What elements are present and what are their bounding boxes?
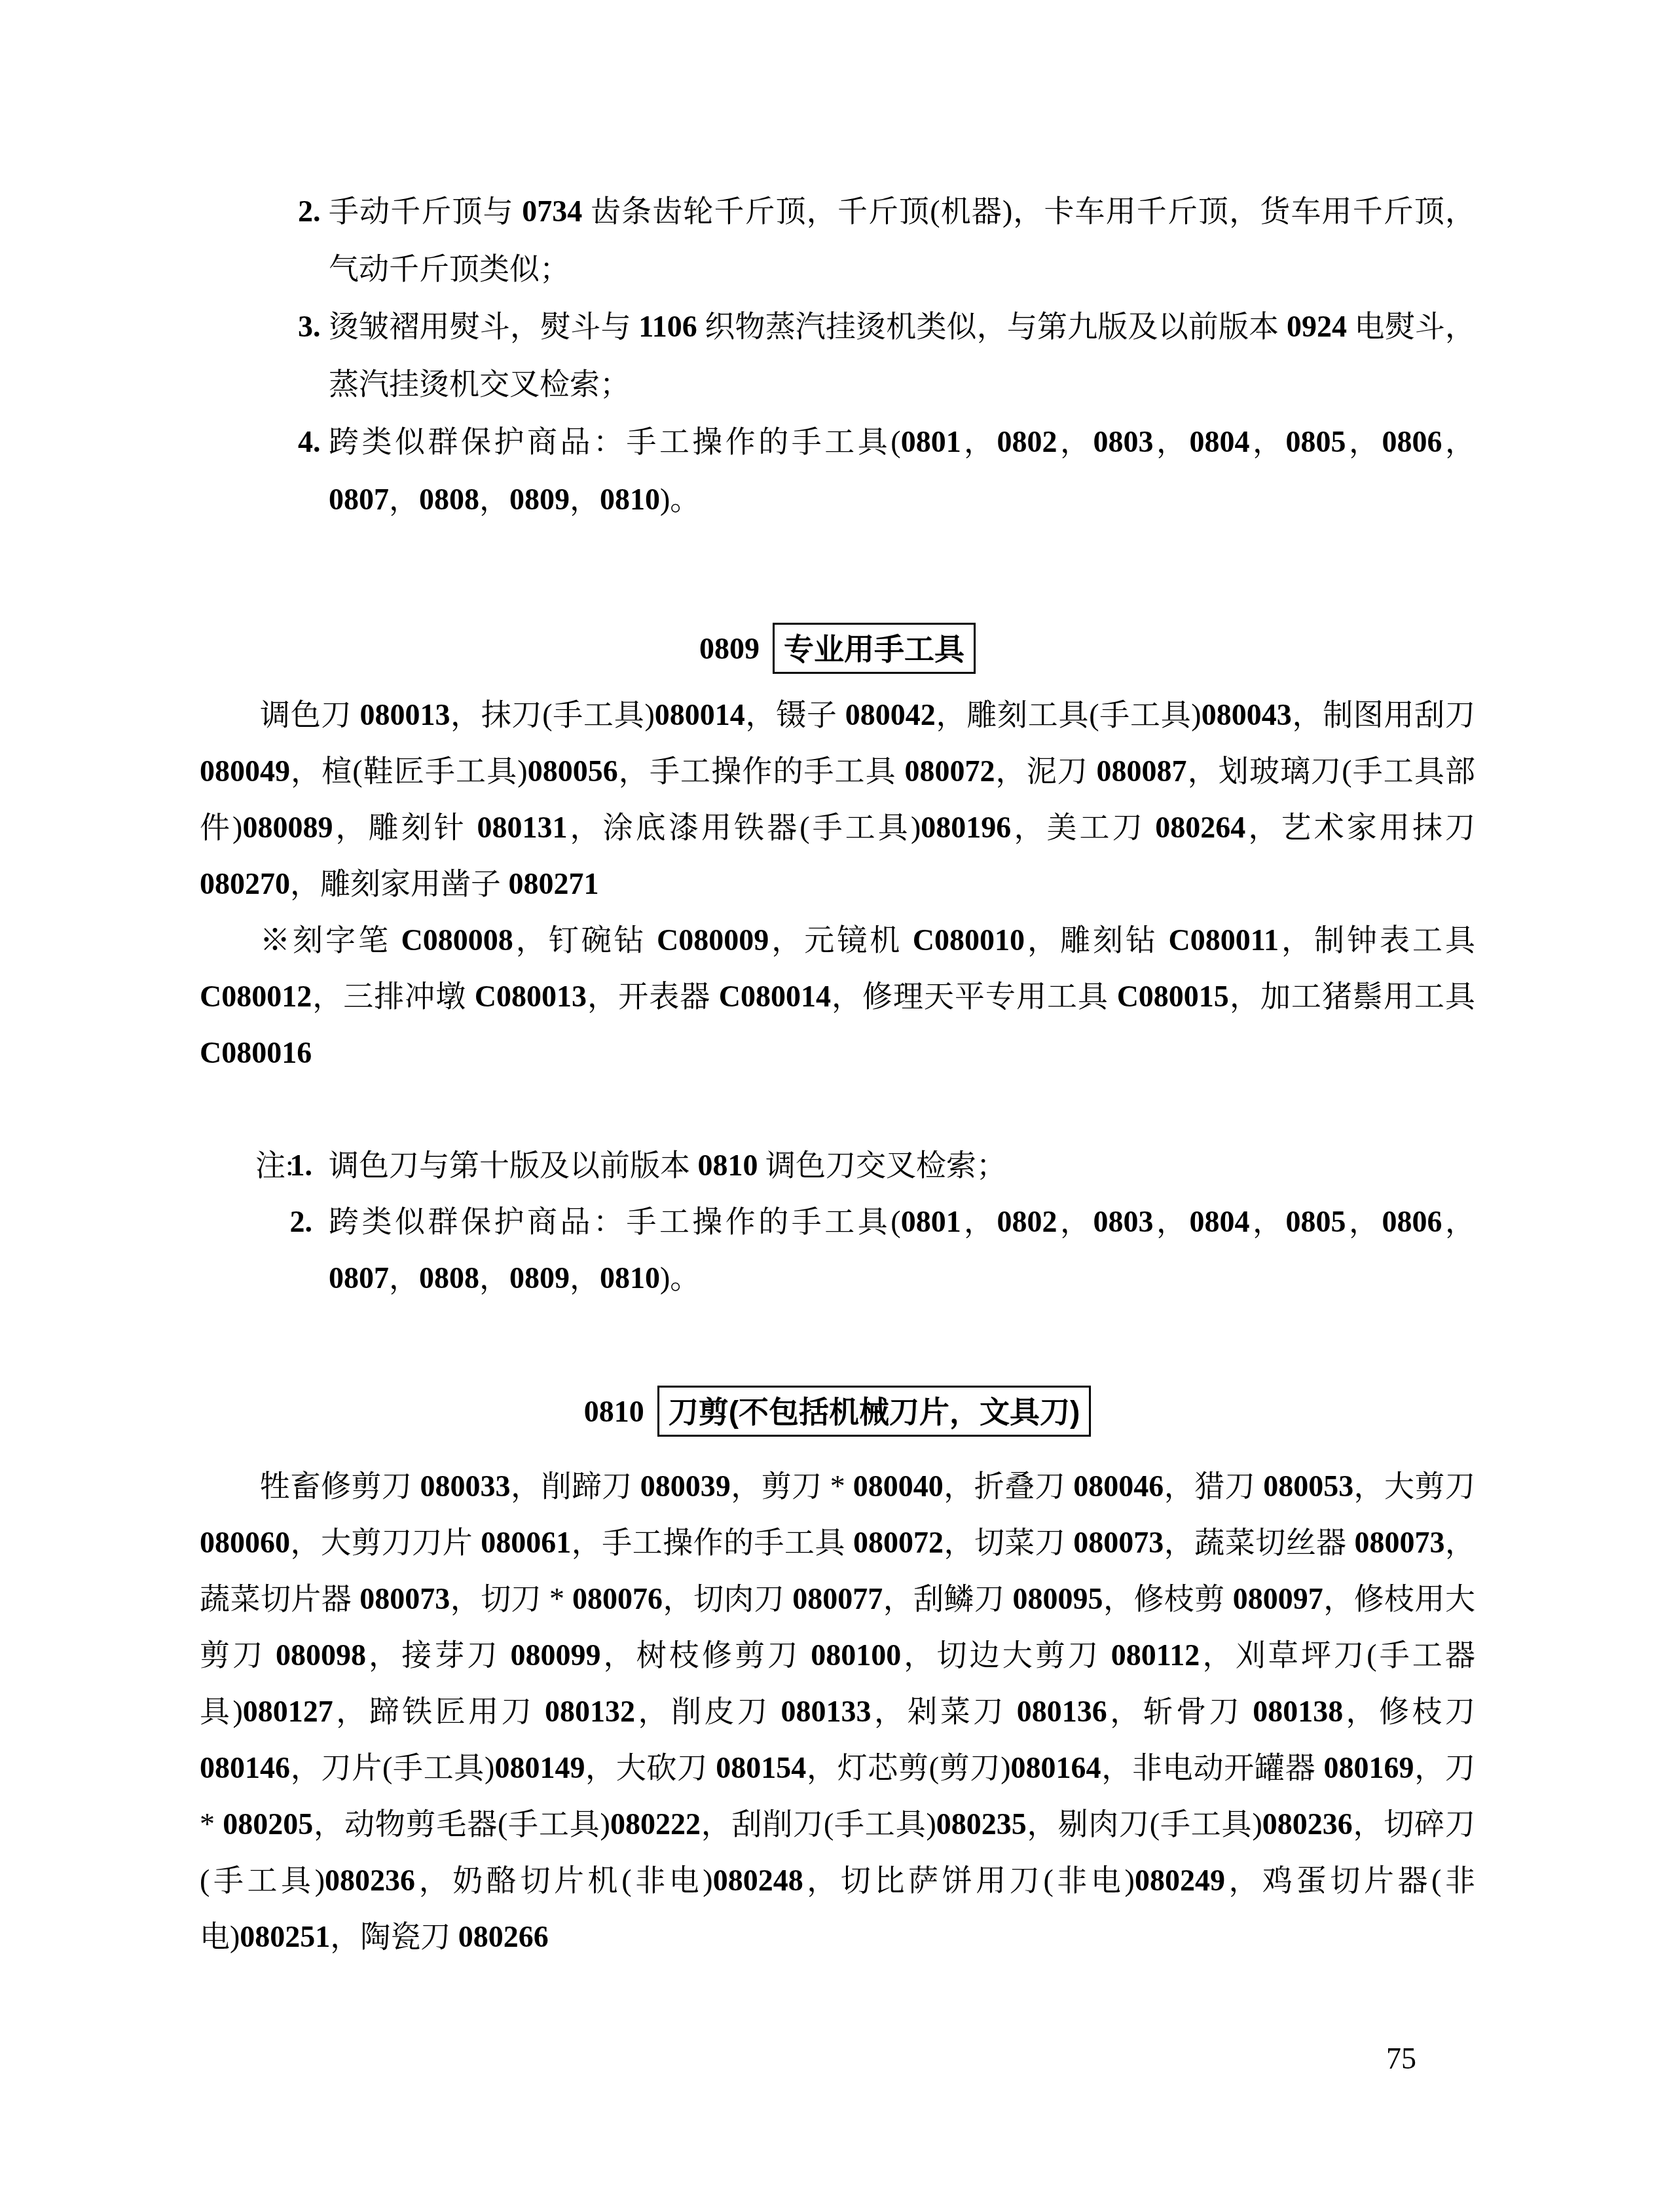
goods-paragraph: 牲畜修剪刀 080033，削蹄刀 080039，剪刀 * 080040，折叠刀 … bbox=[200, 1458, 1475, 1965]
section-heading-0810: 0810 刀剪(不包括机械刀片，文具刀) bbox=[200, 1382, 1475, 1440]
goods-paragraph: 调色刀 080013，抹刀(手工具)080014，镊子 080042，雕刻工具(… bbox=[200, 687, 1475, 912]
note-row: 2. 跨类似群保护商品：手工操作的手工具(0801，0802，0803，0804… bbox=[200, 1194, 1475, 1306]
page-number: 75 bbox=[1362, 2038, 1441, 2080]
section-title-box: 专业用手工具 bbox=[773, 623, 976, 674]
list-item-number: 2. bbox=[298, 183, 321, 240]
goods-paragraphs-0810: 牲畜修剪刀 080033，削蹄刀 080039，剪刀 * 080040，折叠刀 … bbox=[200, 1458, 1475, 1965]
cross-search-note-list: 2. 手动千斤顶与 0734 齿条齿轮千斤顶，千斤顶(机器)，卡车用千斤顶，货车… bbox=[200, 183, 1475, 528]
list-item: 3. 烫皱褶用熨斗，熨斗与 1106 织物蒸汽挂烫机类似，与第九版及以前版本 0… bbox=[200, 298, 1475, 413]
list-item: 4. 跨类似群保护商品：手工操作的手工具(0801，0802，0803，0804… bbox=[200, 413, 1475, 528]
list-item-text: 跨类似群保护商品：手工操作的手工具(0801，0802，0803，0804，08… bbox=[329, 413, 1475, 528]
list-item-number: 3. bbox=[298, 298, 321, 356]
section-heading-0809: 0809 专业用手工具 bbox=[200, 619, 1475, 677]
list-item-text: 烫皱褶用熨斗，熨斗与 1106 织物蒸汽挂烫机类似，与第九版及以前版本 0924… bbox=[329, 298, 1475, 413]
note-row: 注: 1. 调色刀与第十版及以前版本 0810 调色刀交叉检索； bbox=[200, 1137, 1475, 1194]
document-page: 2. 手动千斤顶与 0734 齿条齿轮千斤顶，千斤顶(机器)，卡车用千斤顶，货车… bbox=[0, 0, 1671, 2212]
section-code: 0810 bbox=[584, 1394, 644, 1429]
note-text: 调色刀与第十版及以前版本 0810 调色刀交叉检索； bbox=[329, 1137, 1475, 1194]
section-title-box: 刀剪(不包括机械刀片，文具刀) bbox=[657, 1386, 1092, 1437]
list-item-number: 4. bbox=[298, 413, 321, 471]
list-item: 2. 手动千斤顶与 0734 齿条齿轮千斤顶，千斤顶(机器)，卡车用千斤顶，货车… bbox=[200, 183, 1475, 298]
note-text: 跨类似群保护商品：手工操作的手工具(0801，0802，0803，0804，08… bbox=[329, 1194, 1475, 1306]
note-number: 1. bbox=[277, 1137, 312, 1194]
note-number: 2. bbox=[277, 1194, 312, 1250]
section-code: 0809 bbox=[699, 631, 760, 666]
notes-block-0809: 注: 1. 调色刀与第十版及以前版本 0810 调色刀交叉检索； 2. 跨类似群… bbox=[200, 1137, 1475, 1306]
list-item-text: 手动千斤顶与 0734 齿条齿轮千斤顶，千斤顶(机器)，卡车用千斤顶，货车用千斤… bbox=[329, 183, 1475, 298]
goods-paragraphs-0809: 调色刀 080013，抹刀(手工具)080014，镊子 080042，雕刻工具(… bbox=[200, 687, 1475, 1081]
c-goods-paragraph: ※刻字笔 C080008，钉碗钻 C080009，元镜机 C080010，雕刻钻… bbox=[200, 912, 1475, 1081]
